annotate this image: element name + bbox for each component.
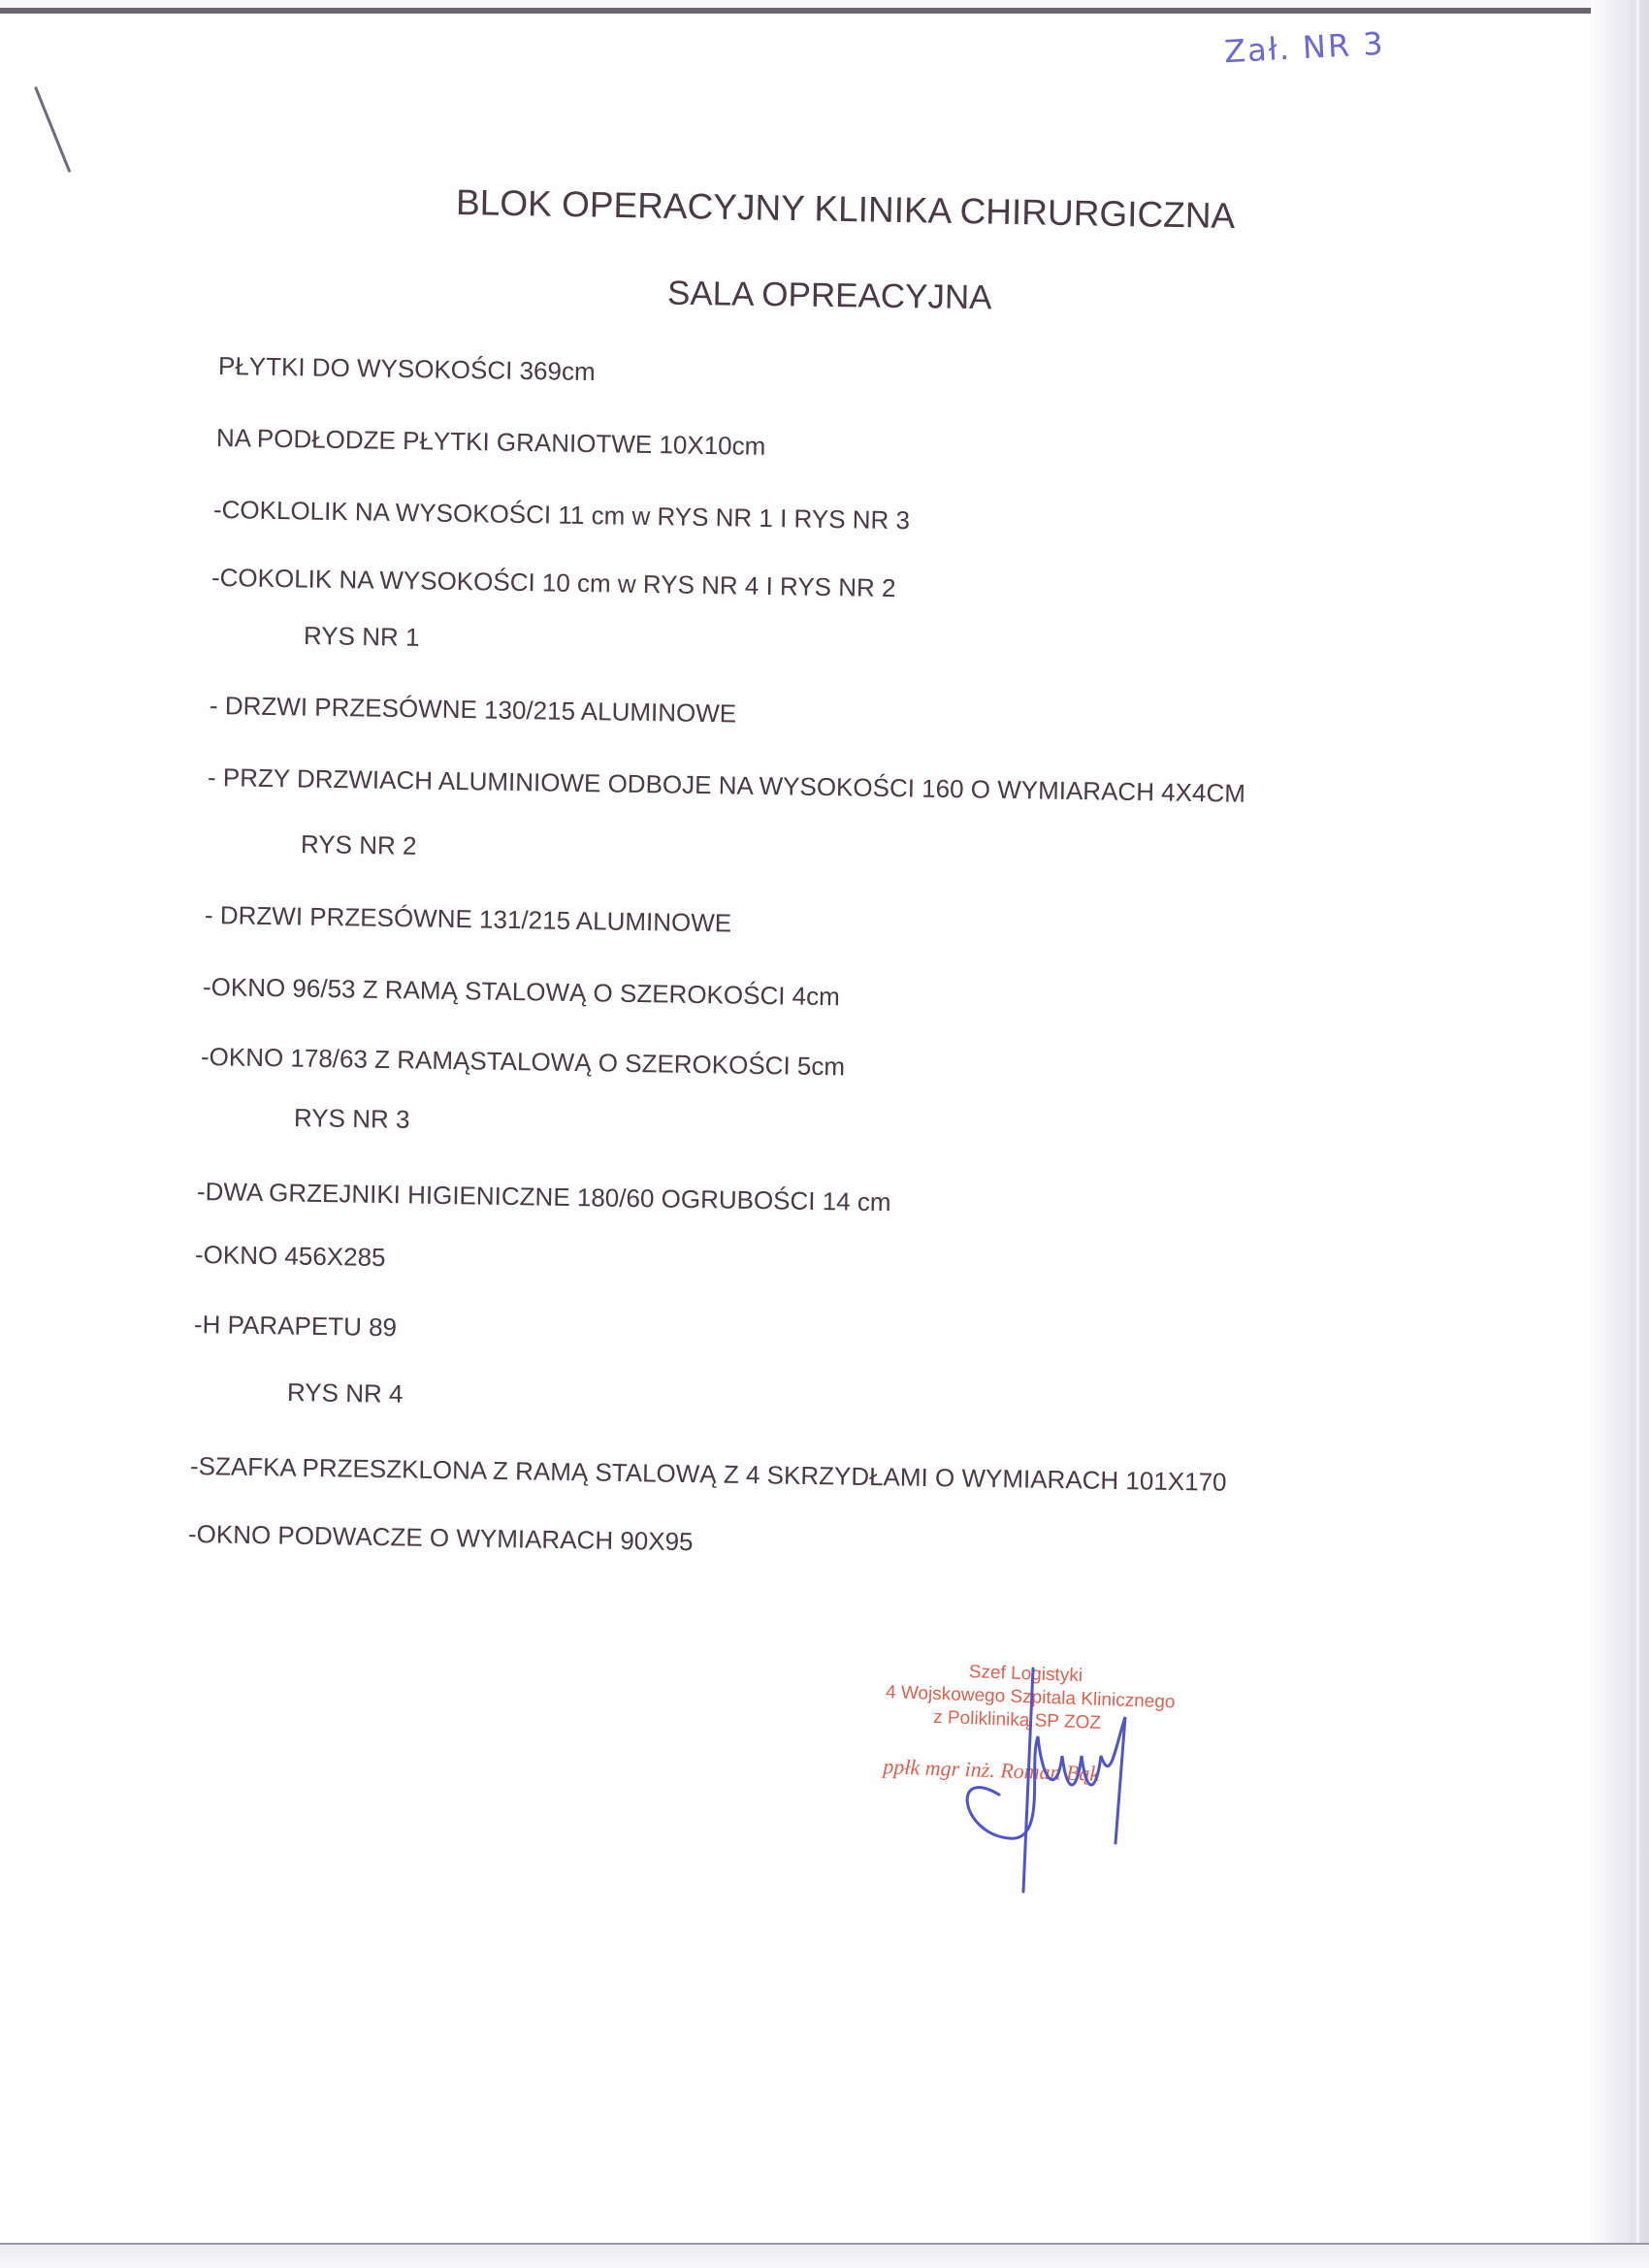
scanned-page	[0, 8, 1615, 2254]
section-heading: RYS NR 2	[301, 829, 417, 861]
document-subtitle: SALA OPREACYJNA	[667, 275, 992, 318]
spec-line: PŁYTKI DO WYSOKOŚCI 369cm	[218, 351, 596, 387]
page-edge-shadow	[1591, 0, 1649, 2268]
page-bottom-edge	[0, 2243, 1649, 2268]
spec-line: -OKNO 456X285	[195, 1240, 386, 1273]
handwritten-signature	[931, 1649, 1222, 1911]
section-heading: RYS NR 3	[294, 1103, 410, 1135]
section-heading: RYS NR 1	[304, 621, 420, 653]
spec-line: -H PARAPETU 89	[194, 1310, 397, 1343]
section-heading: RYS NR 4	[287, 1377, 404, 1409]
page-edge-line	[1636, 0, 1639, 2268]
